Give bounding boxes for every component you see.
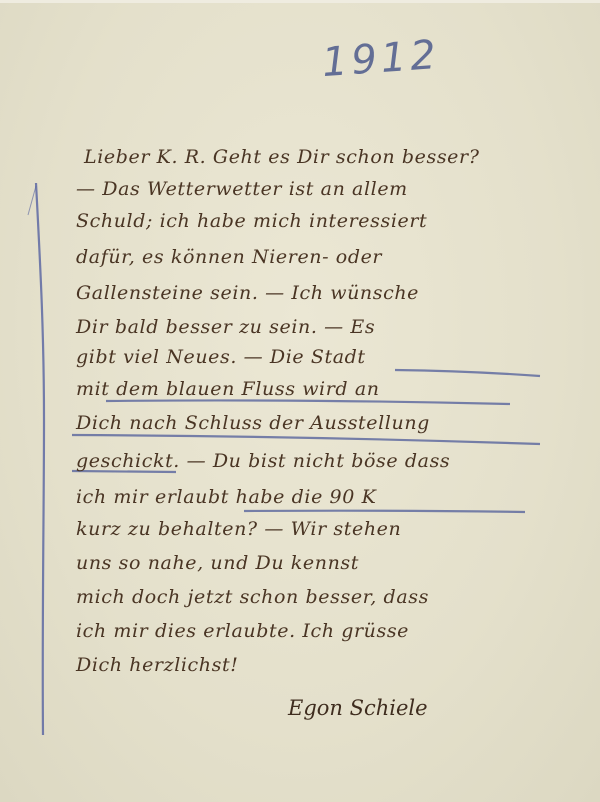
letter-line: Gallensteine sein. — Ich wünsche [76,282,419,304]
letter-line: gibt viel Neues. — Die Stadt [76,346,366,368]
letter-line: Dich nach Schluss der Ausstellung [76,412,430,434]
letter-line: ich mir dies erlaubte. Ich grüsse [76,620,409,642]
letter-line: Lieber K. R. Geht es Dir schon besser? [84,146,480,168]
letter-line: Dich herzlichst! [76,654,238,676]
letter-line: ich mir erlaubt habe die 90 K [76,486,376,508]
letter-line: mit dem blauen Fluss wird an [76,378,380,400]
letter-line: Schuld; ich habe mich interessiert [76,210,427,232]
letter-line: geschickt. — Du bist nicht böse dass [76,450,450,472]
signature: Egon Schiele [288,696,428,720]
underline-mit-dem-blauen-fluss [106,400,510,404]
underline-die-stadt [395,370,540,376]
letter-line: uns so nahe, und Du kennst [76,552,359,574]
letter-line: — Das Wetterwetter ist an allem [76,178,408,200]
letter-line: kurz zu behalten? — Wir stehen [76,518,401,540]
underline-90k [244,511,525,512]
letter-line: mich doch jetzt schon besser, dass [76,586,429,608]
letter-line: Dir bald besser zu sein. — Es [76,316,375,338]
underline-dich-nach-schluss [72,435,540,444]
letter-line: dafür, es können Nieren- oder [76,246,382,268]
blue-underlines [0,0,600,802]
